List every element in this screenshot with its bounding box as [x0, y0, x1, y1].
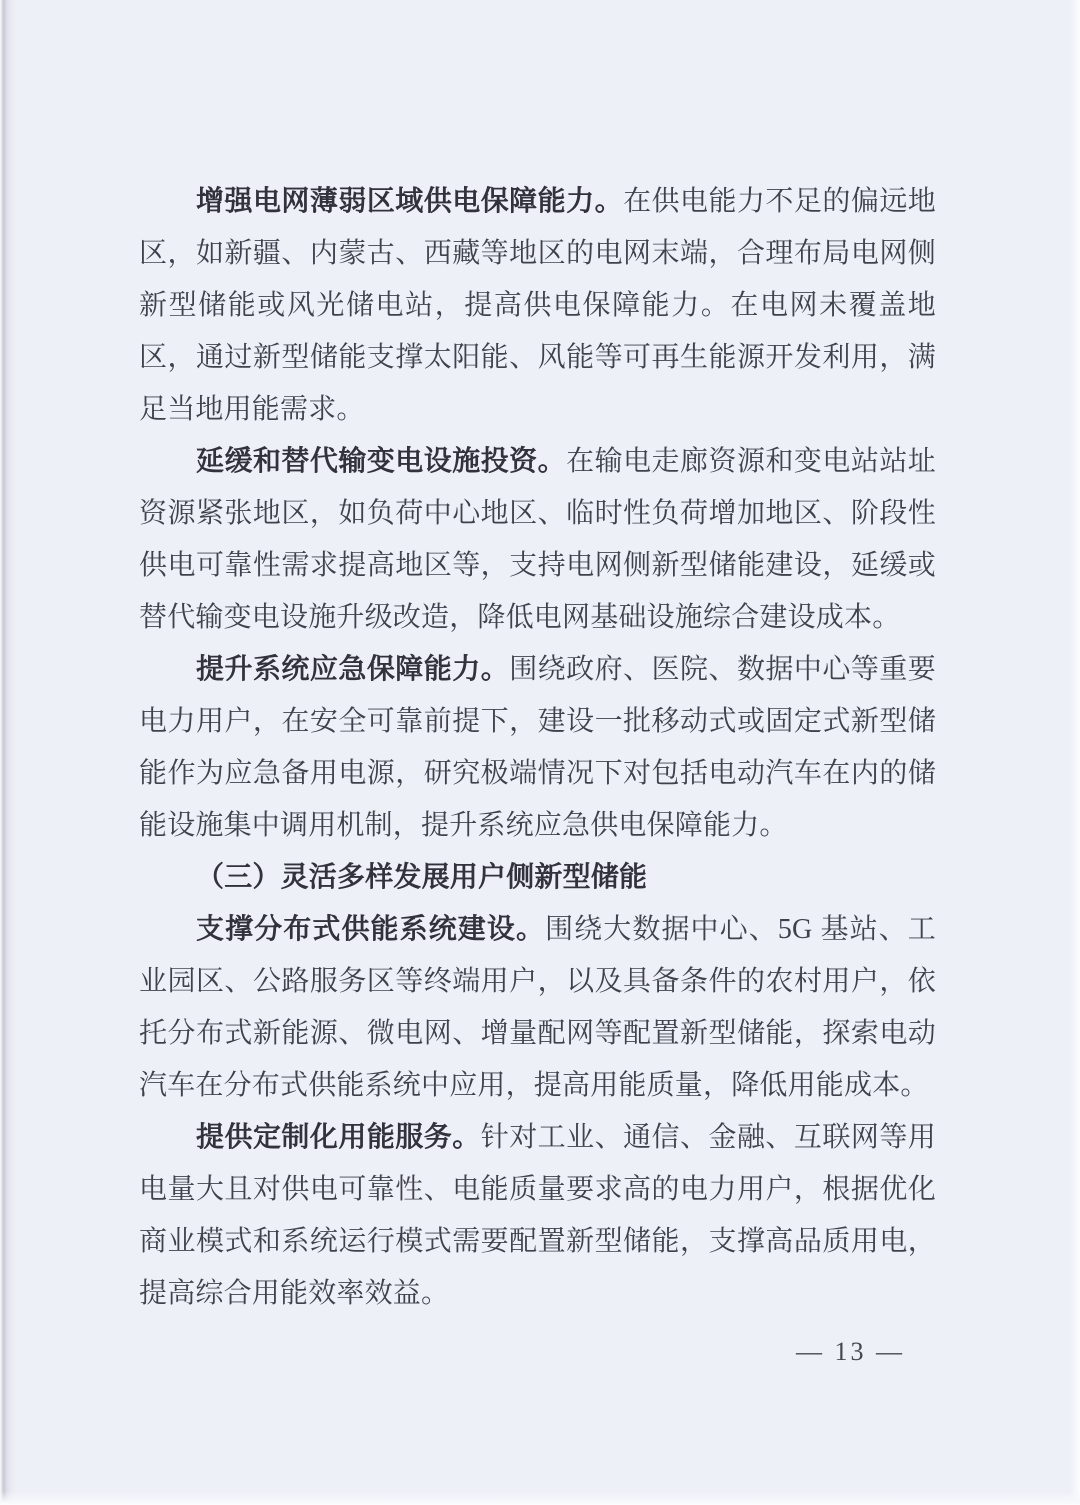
paragraph-lead: 支撑分布式供能系统建设。: [196, 914, 545, 945]
paragraph-lead: 延缓和替代输变电设施投资。: [196, 446, 566, 477]
scan-left-edge-shadow: [0, 0, 16, 1505]
paragraph: 提供定制化用能服务。针对工业、通信、金融、互联网等用电量大且对供电可靠性、电能质…: [139, 1112, 936, 1320]
paragraph-lead: 增强电网薄弱区域供电保障能力。: [196, 186, 623, 217]
section-heading: （三）灵活多样发展用户侧新型储能: [139, 852, 936, 904]
paragraph: 延缓和替代输变电设施投资。在输电走廊资源和变电站站址资源紧张地区，如负荷中心地区…: [139, 436, 936, 644]
document-page: 增强电网薄弱区域供电保障能力。在供电能力不足的偏远地区，如新疆、内蒙古、西藏等地…: [139, 176, 936, 1320]
paragraph-body: 在供电能力不足的偏远地区，如新疆、内蒙古、西藏等地区的电网末端，合理布局电网侧新…: [139, 186, 936, 425]
page-number: — 13 —: [796, 1336, 905, 1368]
paragraph: 支撑分布式供能系统建设。围绕大数据中心、5G 基站、工业园区、公路服务区等终端用…: [139, 904, 936, 1112]
paragraph: 提升系统应急保障能力。围绕政府、医院、数据中心等重要电力用户，在安全可靠前提下，…: [139, 644, 936, 852]
scan-bottom-edge-highlight: [0, 1491, 1080, 1505]
scan-right-edge-highlight: [1070, 0, 1080, 1505]
paragraph: 增强电网薄弱区域供电保障能力。在供电能力不足的偏远地区，如新疆、内蒙古、西藏等地…: [139, 176, 936, 436]
paragraph-lead: 提升系统应急保障能力。: [196, 654, 509, 685]
paragraph-lead: 提供定制化用能服务。: [196, 1122, 481, 1153]
